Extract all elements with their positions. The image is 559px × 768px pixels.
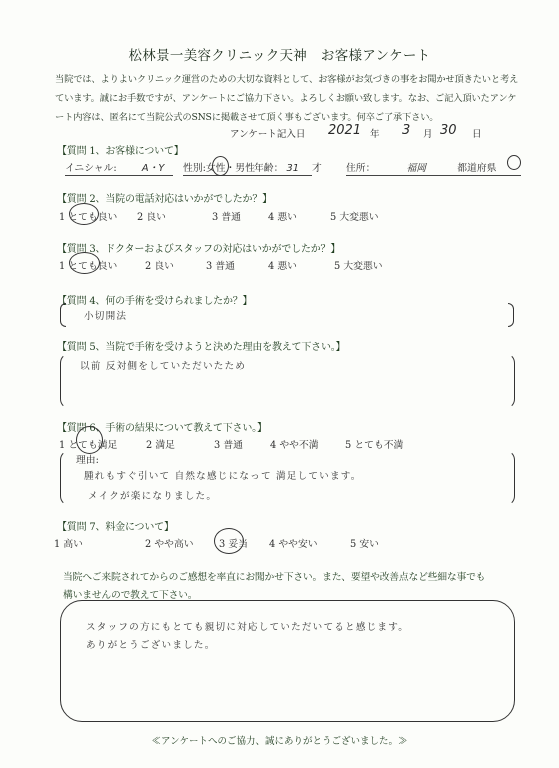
q2-selected-circle <box>69 203 99 225</box>
q5-answer: 以前 反対側をしていただいたため <box>80 358 246 372</box>
intro-line-2: ています。誠にお手数ですが、アンケートにご協力下さい。よろしくお願い致します。な… <box>55 90 516 104</box>
q4-bracket-left <box>60 303 66 327</box>
gender-selected-circle <box>212 156 229 176</box>
date-year[interactable]: 2021 <box>328 123 361 138</box>
q2-option-5[interactable]: 5 大変悪い <box>330 209 379 223</box>
date-month[interactable]: 3 <box>402 123 410 138</box>
address-value: 福岡 <box>407 163 427 174</box>
age-field[interactable]: 年齢： 31 <box>254 160 312 176</box>
q2-option-4[interactable]: 4 悪い <box>268 209 297 223</box>
q6-option-3[interactable]: 3 普通 <box>214 437 243 451</box>
address-suffix: 都道府県 <box>457 163 496 174</box>
gender-label: 性別: <box>183 163 206 174</box>
footer-thanks: ≪アンケートへのご協力、誠にありがとうございました。≫ <box>0 733 559 747</box>
q7-option-1[interactable]: 1 高い <box>54 536 83 550</box>
date-label: アンケート記入日 <box>230 126 305 140</box>
q3-heading: 【質問 3、ドクターおよびスタッフの対応はいかがでしたか？】 <box>57 240 340 255</box>
gender-option-male[interactable]: 男性 <box>235 163 255 174</box>
age-unit: 才 <box>312 160 322 174</box>
intro-line-3: ート内容は、匿名にて当院公式のSNSに掲載させて頂く事もございます。何卒ご了承下… <box>55 109 438 123</box>
address-label: 住所： <box>346 163 375 174</box>
q3-option-3[interactable]: 3 普通 <box>206 258 235 272</box>
q7-option-5[interactable]: 5 安い <box>350 536 379 550</box>
document-title: 松林景一美容クリニック天神 お客様アンケート <box>0 44 559 64</box>
q2-option-2[interactable]: 2 良い <box>137 209 166 223</box>
address-field[interactable]: 住所： 福岡 都道府県 <box>346 160 521 176</box>
year-unit: 年 <box>370 126 380 140</box>
q3-option-2[interactable]: 2 良い <box>145 258 174 272</box>
q4-heading: 【質問 4、何の手術を受けられましたか？】 <box>57 292 252 307</box>
impressions-prompt-line-2: 構いませんので教えて下さい。 <box>63 587 197 601</box>
q7-option-2[interactable]: 2 やや高い <box>145 536 194 550</box>
q4-bracket-right <box>508 303 514 327</box>
initial-field[interactable]: イニシャル: A・Y <box>65 160 173 176</box>
q3-option-4[interactable]: 4 悪い <box>268 258 297 272</box>
q3-option-5[interactable]: 5 大変悪い <box>334 258 383 272</box>
month-unit: 月 <box>423 126 433 140</box>
initial-value: A・Y <box>142 163 164 174</box>
q1-heading: 【質問 1、お客様について】 <box>57 142 184 157</box>
prefecture-selected-circle <box>507 155 521 170</box>
q6-option-4[interactable]: 4 やや不満 <box>270 437 319 451</box>
q3-selected-circle <box>69 252 100 274</box>
q7-option-4[interactable]: 4 やや安い <box>269 536 318 550</box>
intro-line-1: 当院では、よりよいクリニック運営のための大切な資料として、お客様がお気づきの事を… <box>55 71 518 85</box>
age-label: 年齢： <box>254 163 283 174</box>
impressions-prompt-line-1: 当院へご来院されてからのご感想を率直にお聞かせ下さい。また、要望や改善点など些細… <box>63 569 485 583</box>
q6-reason-line-1: 腫れもすぐ引いて 自然な感じになって 満足しています。 <box>84 468 362 482</box>
q7-selected-circle <box>214 528 244 554</box>
initial-label: イニシャル: <box>65 163 117 174</box>
q7-heading: 【質問 7、料金について】 <box>57 518 174 533</box>
q4-answer[interactable]: 小切開法 <box>84 308 127 322</box>
day-unit: 日 <box>472 126 482 140</box>
impressions-answer-line-2: ありがとうございました。 <box>86 637 216 651</box>
q6-reason-line-2: メイクが楽になりました。 <box>88 488 217 502</box>
date-day[interactable]: 30 <box>440 123 457 138</box>
q6-reason-label: 理由: <box>76 452 99 466</box>
impressions-answer-line-1: スタッフの方にもとても親切に対応していただいてると感じます。 <box>86 619 409 633</box>
q5-heading: 【質問 5、当院で手術を受けようと決めた理由を教えて下さい。】 <box>57 338 345 353</box>
age-value: 31 <box>287 163 299 174</box>
q2-option-3[interactable]: 3 普通 <box>212 209 241 223</box>
q6-option-5[interactable]: 5 とても不満 <box>345 437 403 451</box>
q6-option-2[interactable]: 2 満足 <box>146 437 175 451</box>
